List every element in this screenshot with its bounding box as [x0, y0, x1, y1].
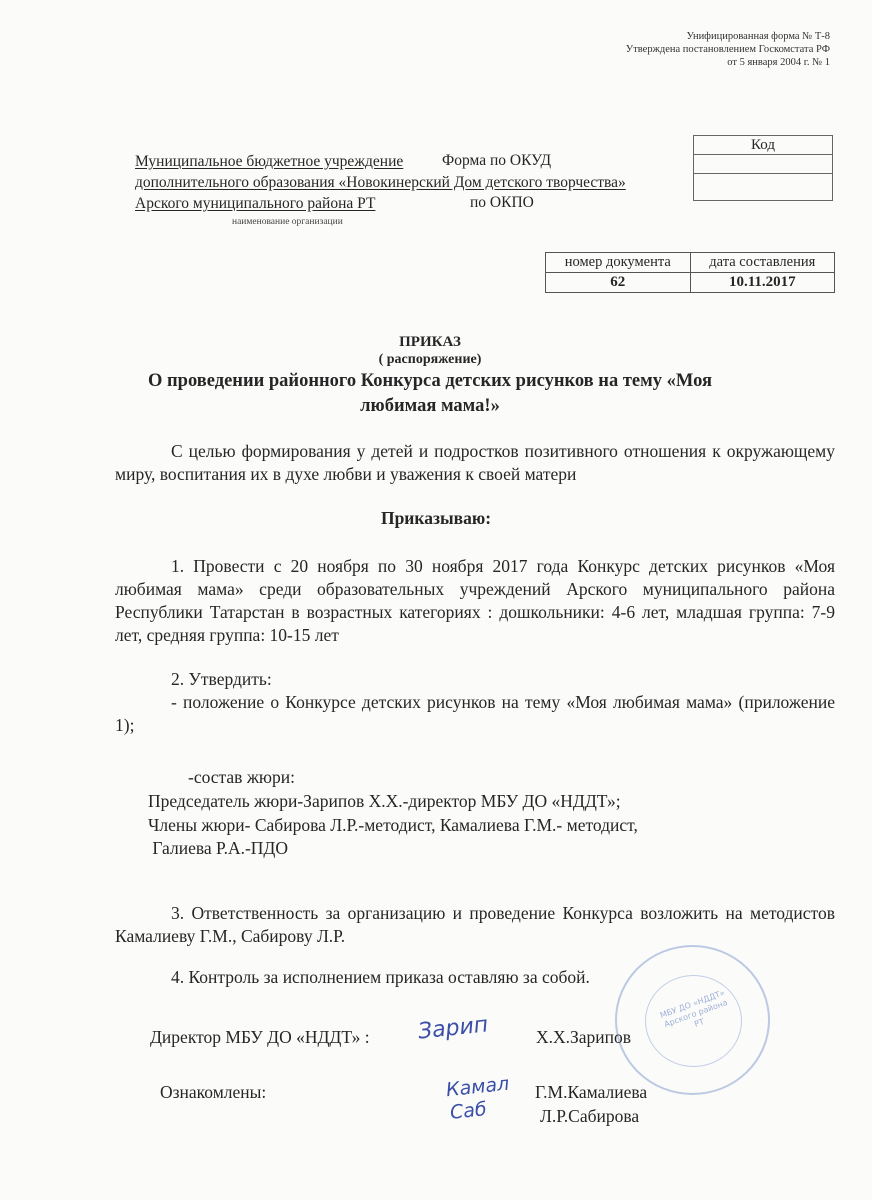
- acknowledged-label: Ознакомлены:: [160, 1082, 266, 1103]
- organization-caption: наименование организации: [232, 217, 343, 227]
- director-name: Х.Х.Зарипов: [536, 1027, 631, 1048]
- title-sub: ( распоряжение): [120, 351, 740, 368]
- organization-name: Муниципальное бюджетное учреждение допол…: [135, 152, 626, 213]
- okpo-code-cell: [694, 174, 833, 201]
- signer1-name: Г.М.Камалиева: [535, 1082, 647, 1103]
- organization-line: дополнительного образования «Новокинерск…: [135, 174, 626, 191]
- code-header: Код: [694, 136, 833, 155]
- document-date: 10.11.2017: [690, 273, 834, 293]
- title-topic: О проведении районного Конкурса детских …: [120, 369, 740, 393]
- jury-members: Члены жюри- Сабирова Л.Р.-методист, Кама…: [148, 814, 638, 837]
- signer2-signature: Саб: [449, 1098, 488, 1124]
- form-reference-line: Унифицированная форма № Т-8: [530, 30, 830, 43]
- order-item-1: 1. Провести с 20 ноября по 30 ноября 201…: [115, 555, 835, 647]
- document-date-header: дата составления: [690, 253, 834, 273]
- okud-label: Форма по ОКУД: [442, 152, 551, 170]
- official-stamp: МБУ ДО «НДДТ» Арского района РТ: [615, 945, 770, 1095]
- order-heading: Приказываю:: [0, 508, 872, 529]
- jury-heading: -состав жюри:: [188, 766, 295, 789]
- title-topic: любимая мама!»: [120, 394, 740, 418]
- jury-members: Галиева Р.А.-ПДО: [148, 837, 288, 860]
- code-table: Код: [693, 135, 833, 201]
- signer2-name: Л.Р.Сабирова: [540, 1106, 639, 1127]
- organization-line: Муниципальное бюджетное учреждение: [135, 153, 403, 170]
- order-item-3: 3. Ответственность за организацию и пров…: [115, 902, 835, 948]
- form-reference-line: от 5 января 2004 г. № 1: [530, 56, 830, 69]
- organization-line: Арского муниципального района РТ: [135, 195, 375, 212]
- title-main: ПРИКАЗ: [120, 333, 740, 351]
- okud-code-cell: [694, 155, 833, 174]
- form-reference-line: Утверждена постановлением Госкомстата РФ: [530, 43, 830, 56]
- document-number-header: номер документа: [546, 253, 691, 273]
- okpo-label: по ОКПО: [470, 194, 534, 212]
- order-item-2-regulation: - положение о Конкурсе детских рисунков …: [115, 691, 835, 737]
- form-reference: Унифицированная форма № Т-8 Утверждена п…: [530, 30, 830, 69]
- document-title: ПРИКАЗ ( распоряжение) О проведении райо…: [120, 333, 740, 418]
- jury-chair: Председатель жюри-Зарипов Х.Х.-директор …: [148, 790, 621, 813]
- director-signature: Зарип: [417, 1012, 489, 1044]
- document-info-table: номер документа дата составления 62 10.1…: [545, 252, 835, 293]
- document-number: 62: [546, 273, 691, 293]
- preamble: С целью формирования у детей и подростко…: [115, 440, 835, 486]
- signer1-signature: Камал: [445, 1073, 510, 1101]
- order-item-2-heading: 2. Утвердить:: [115, 668, 835, 691]
- director-label: Директор МБУ ДО «НДДТ» :: [150, 1027, 370, 1048]
